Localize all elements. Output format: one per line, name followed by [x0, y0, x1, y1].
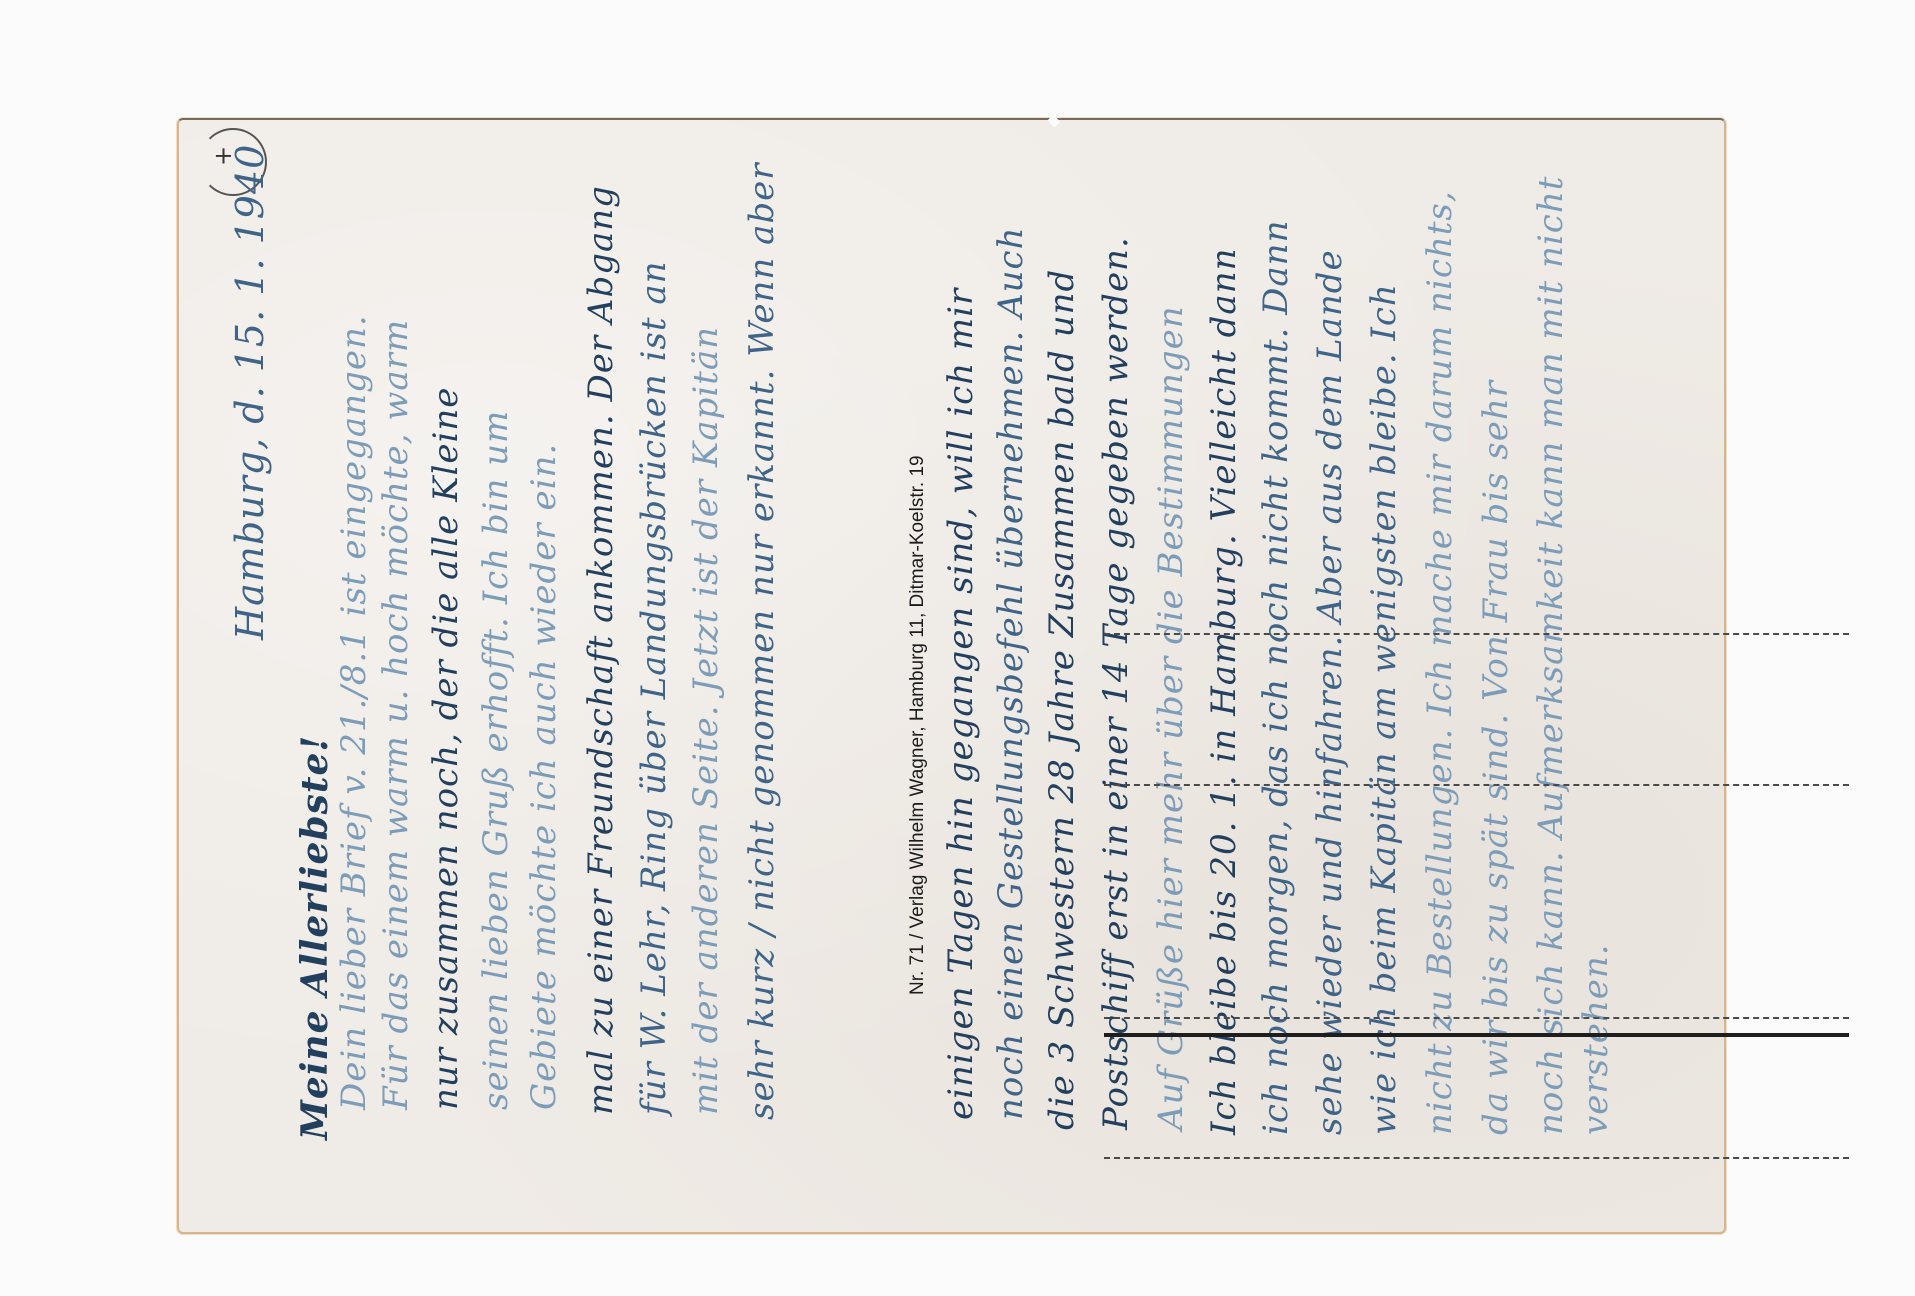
- publisher-imprint: Nr. 71 / Verlag Wilhelm Wagner, Hamburg …: [907, 455, 929, 995]
- letter-line: ich noch morgen, das ich noch nicht komm…: [1259, 220, 1293, 1135]
- salutation: Meine Allerliebste!: [297, 735, 333, 1140]
- address-line-dashed: [1104, 1017, 1849, 1019]
- card-edge-notch: [1048, 115, 1061, 128]
- address-line-dashed: [1104, 784, 1849, 786]
- letter-line: Für das einem warm u. hoch möchte, warm: [379, 319, 413, 1110]
- letter-line: Ich bleibe bis 20. 1. in Hamburg. Vielle…: [1207, 248, 1241, 1136]
- letter-line: mal zu einer Freundschaft ankommen. Der …: [584, 185, 618, 1115]
- letter-line: sehr kurz / nicht genommen nur erkannt. …: [745, 163, 779, 1121]
- letter-line: für W. Lehr, Ring über Landungsbrücken i…: [637, 260, 671, 1115]
- address-line-solid: [1104, 1033, 1849, 1037]
- address-line-dashed: [1104, 1157, 1849, 1159]
- letter-line: noch einen Gestellungsbefehl übernehmen.…: [994, 227, 1028, 1121]
- dateline: Hamburg, d. 15. 1. 1940: [231, 144, 269, 640]
- letter-line: mit der anderen Seite. Jetzt ist der Kap…: [689, 326, 723, 1115]
- letter-line: Gebiete möchte ich auch wieder ein.: [527, 443, 561, 1110]
- address-line-dashed: [1104, 633, 1849, 635]
- letter-line: noch sich kann. Aufmerksamkeit kann man …: [1534, 176, 1568, 1135]
- letter-line: nicht zu Bestellungen. Ich mache mir dar…: [1423, 190, 1457, 1135]
- letter-line: da wir bis zu spät sind. Von Frau bis se…: [1479, 380, 1513, 1135]
- letter-line: verstehen.: [1579, 943, 1613, 1135]
- letter-line: seinen lieben Gruß erhofft. Ich bin um: [479, 410, 513, 1110]
- letter-line: Dein lieber Brief v. 21./8.1 ist eingega…: [337, 314, 371, 1110]
- postcard: + Hamburg, d. 15. 1. 1940 Meine Allerlie…: [177, 118, 1726, 1234]
- letter-line: Postschiff erst in einer 14 Tage gegeben…: [1099, 236, 1133, 1130]
- letter-line: sehe wieder und hinfahren. Aber aus dem …: [1313, 249, 1347, 1135]
- letter-line: nur zusammen noch, der die alle Kleine: [429, 387, 463, 1110]
- letter-line: einigen Tagen hin gegangen sind, will ic…: [944, 288, 978, 1120]
- letter-line: wie ich beim Kapitän am wenigsten bleibe…: [1367, 283, 1401, 1135]
- letter-line: die 3 Schwestern 28 Jahre Zusammen bald …: [1045, 269, 1079, 1130]
- letter-line: Auf Grüße hier mehr über die Bestimmunge…: [1154, 305, 1188, 1130]
